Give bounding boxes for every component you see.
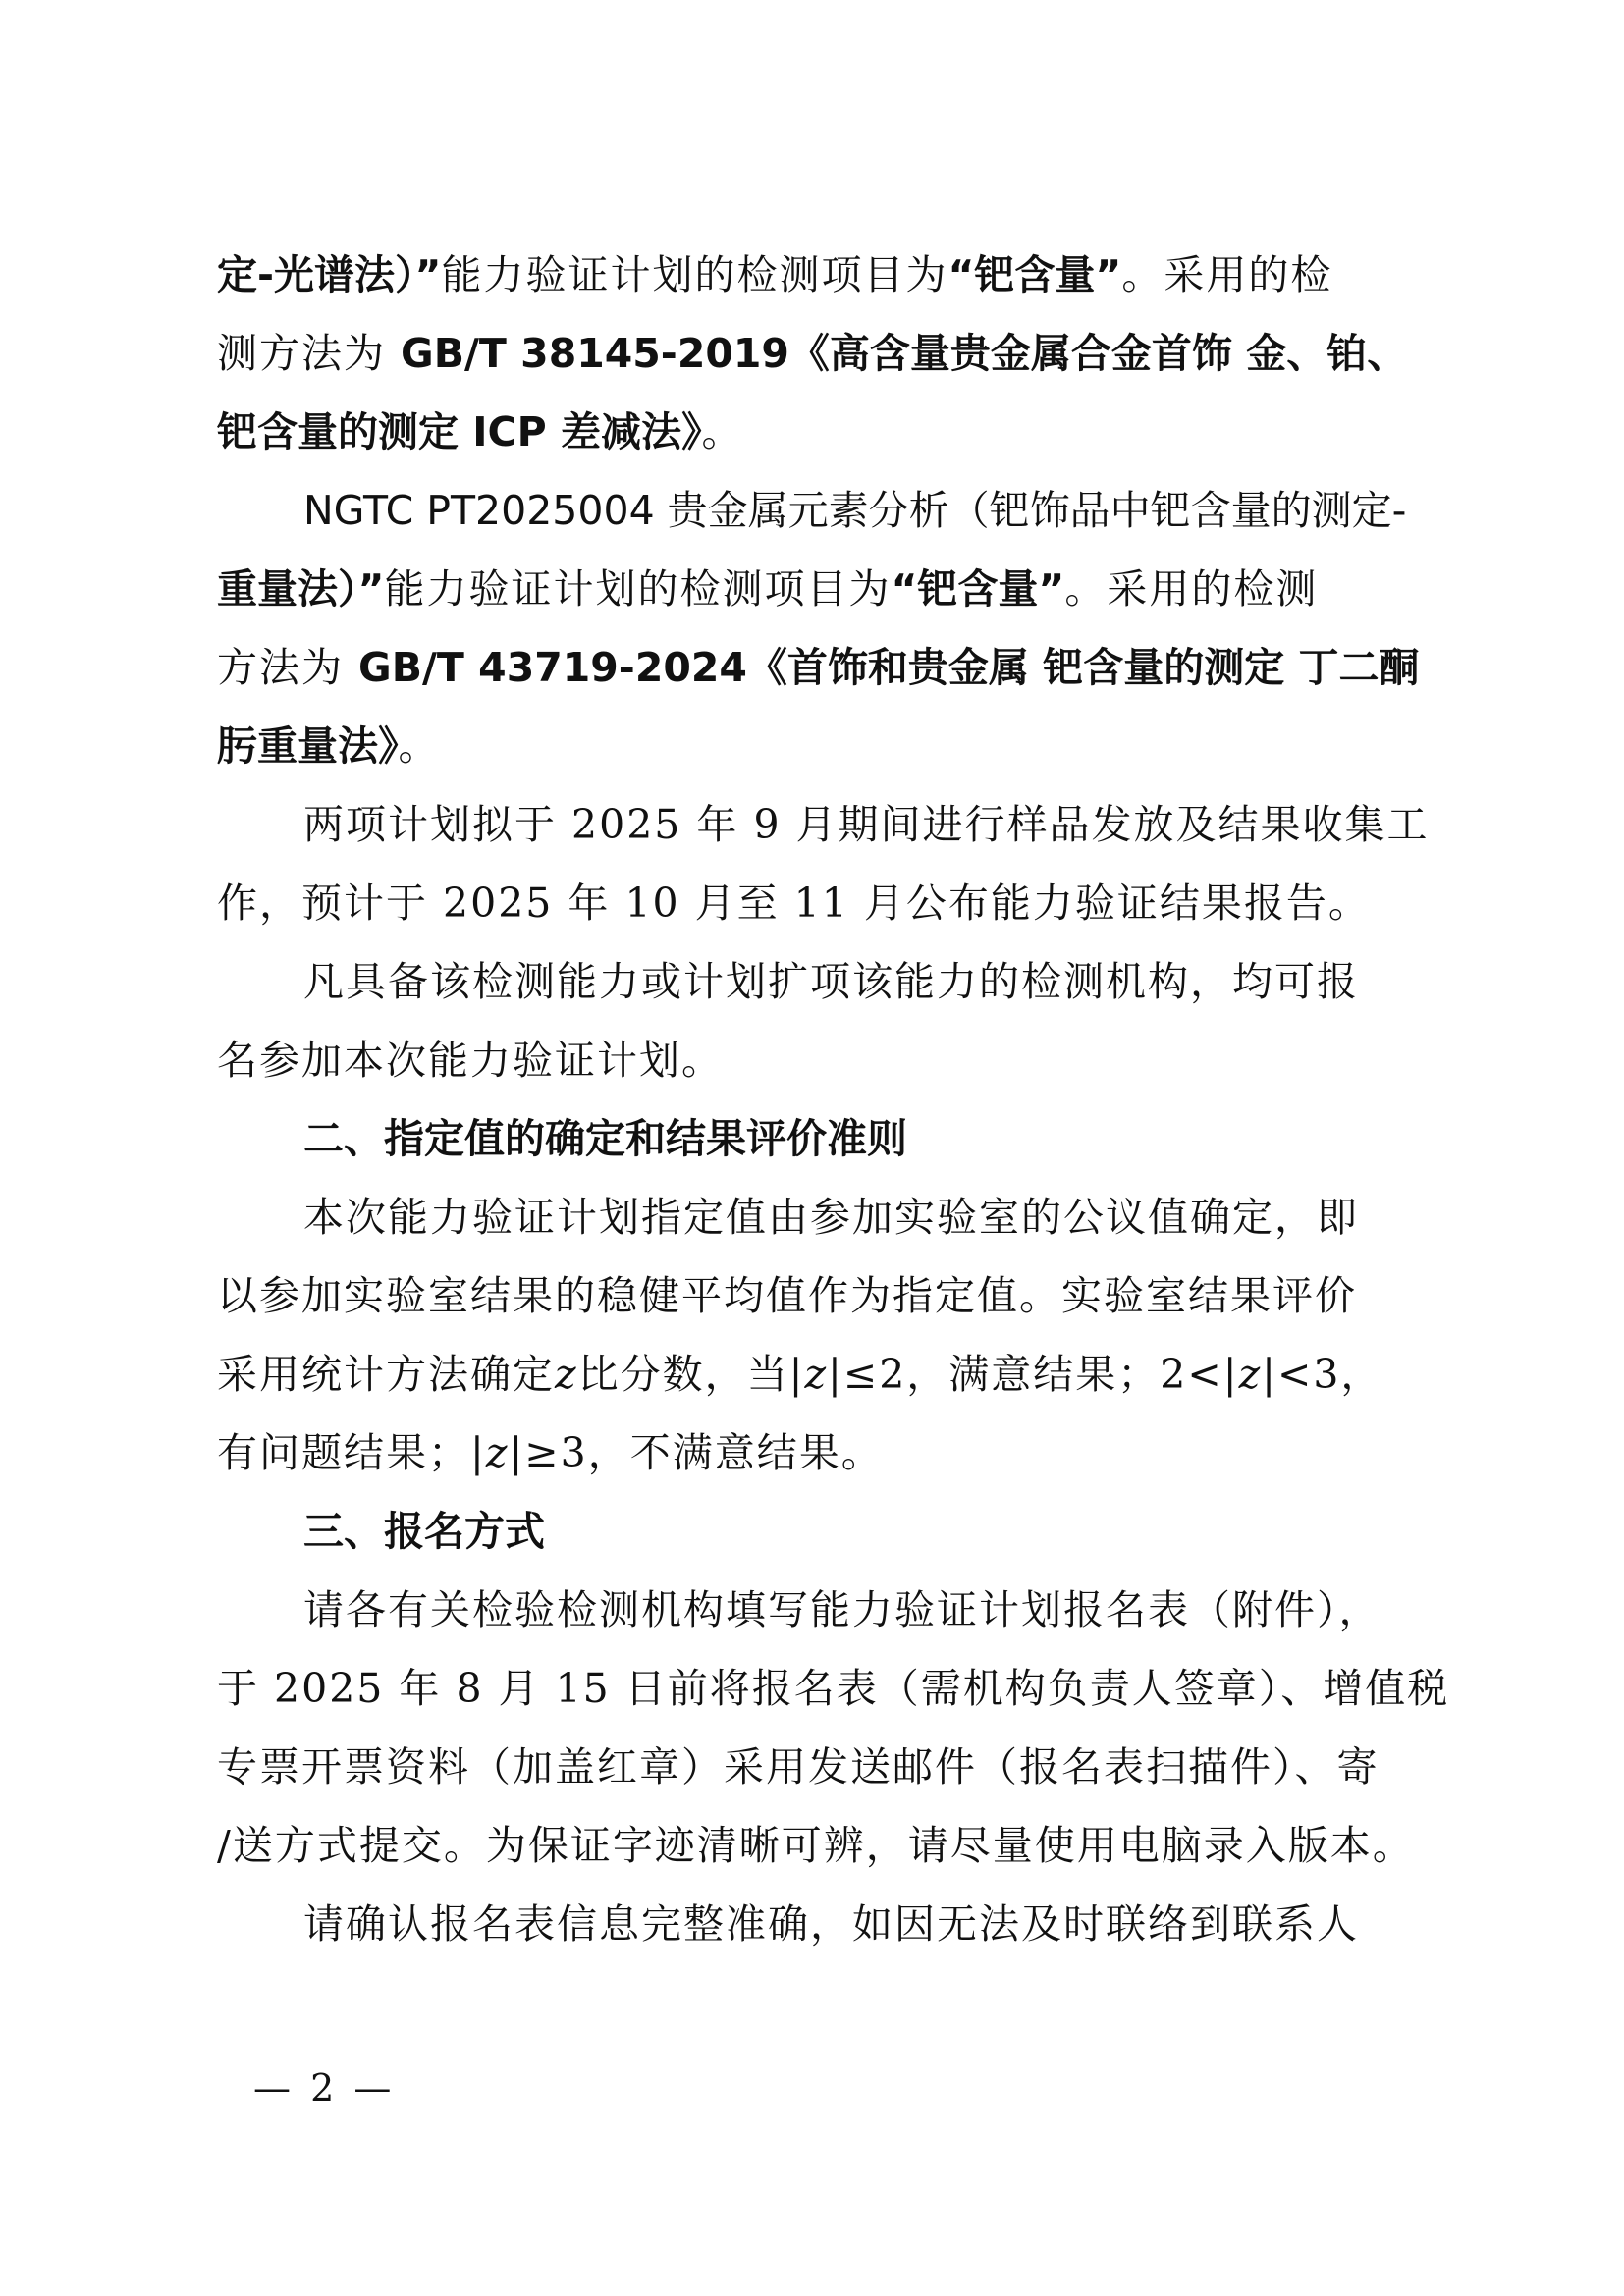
section-3-heading: 三、报名方式 (217, 1492, 1493, 1571)
text: 。采用的检测 (1064, 565, 1318, 613)
text: 能力验证计划的检测项目为 (441, 251, 947, 298)
standard-reference: GB/T 38145-2019《高含量贵金属合金首饰 金、铂、 (401, 330, 1407, 377)
text: 比分数，当| (578, 1351, 805, 1398)
z-symbol: z (486, 1429, 510, 1476)
text: 。采用的检 (1121, 251, 1332, 298)
section-3-line-3: 专票开票资料（加盖红章）采用发送邮件（报名表扫描件）、寄 (217, 1728, 1407, 1806)
paragraph-3-line-2: 作，预计于 2025 年 10 月至 11 月公布能力验证结果报告。 (217, 864, 1407, 942)
section-2-line-3: 采用统计方法确定z比分数，当|z|≤2，满意结果；2<|z|<3， (217, 1335, 1407, 1414)
text: 采用统计方法确定 (217, 1351, 555, 1398)
paragraph-2-line-1: NGTC PT2025004 贵金属元素分析（钯饰品中钯含量的测定- (217, 471, 1493, 550)
paragraph-4-line-1: 凡具备该检测能力或计划扩项该能力的检测机构，均可报 (217, 942, 1493, 1021)
z-symbol: z (804, 1351, 828, 1398)
bold-method-tail: 定-光谱法）” (217, 251, 441, 298)
section-2-line-2: 以参加实验室结果的稳健平均值作为指定值。实验室结果评价 (217, 1256, 1407, 1335)
section-3-line-4: /送方式提交。为保证字迹清晰可辨，请尽量使用电脑录入版本。 (217, 1806, 1407, 1885)
paragraph-1-line-3: 钯含量的测定 ICP 差减法》。 (217, 393, 1407, 471)
z-symbol: z (555, 1351, 578, 1398)
paragraph-2-line-2: 重量法）”能力验证计划的检测项目为“钯含量”。采用的检测 (217, 550, 1407, 628)
standard-reference: 钯含量的测定 ICP 差减法》 (217, 408, 701, 455)
standard-reference: GB/T 43719-2024《首饰和贵金属 钯含量的测定 丁二酮 (358, 644, 1419, 691)
paragraph-2-line-3: 方法为 GB/T 43719-2024《首饰和贵金属 钯含量的测定 丁二酮 (217, 628, 1407, 707)
text: 测方法为 (217, 330, 386, 377)
section-2-heading: 二、指定值的确定和结果评价准则 (217, 1099, 1493, 1178)
test-item: “钯含量” (947, 251, 1121, 298)
bold-method-tail: 重量法）” (217, 565, 384, 613)
text: 有问题结果；| (217, 1429, 486, 1476)
section-2-line-1: 本次能力验证计划指定值由参加实验室的公议值确定，即 (217, 1178, 1493, 1256)
test-item: “钯含量” (891, 565, 1064, 613)
text: |≥3，不满意结果。 (509, 1429, 883, 1476)
section-3-line-5: 请确认报名表信息完整准确，如因无法及时联络到联系人 (217, 1885, 1493, 1963)
standard-reference: 肟重量法》 (217, 722, 399, 770)
paragraph-2-line-4: 肟重量法》。 (217, 707, 1407, 785)
text: |≤2，满意结果；2<| (828, 1351, 1239, 1398)
paragraph-4-line-2: 名参加本次能力验证计划。 (217, 1021, 1407, 1099)
text: 。 (399, 722, 441, 770)
section-2-line-4: 有问题结果；|z|≥3，不满意结果。 (217, 1414, 1407, 1492)
text: 。 (701, 408, 743, 455)
page-number: — 2 — (253, 2066, 395, 2109)
paragraph-1-line-2: 测方法为 GB/T 38145-2019《高含量贵金属合金首饰 金、铂、 (217, 314, 1407, 393)
section-3-line-1: 请各有关检验检测机构填写能力验证计划报名表（附件）， (217, 1571, 1493, 1649)
z-symbol: z (1239, 1351, 1263, 1398)
text: 能力验证计划的检测项目为 (384, 565, 891, 613)
program-title: NGTC PT2025004 贵金属元素分析（钯饰品中钯含量的测定- (303, 487, 1406, 534)
paragraph-1-line-1: 定-光谱法）”能力验证计划的检测项目为“钯含量”。采用的检 (217, 236, 1407, 314)
text: |<3， (1262, 1351, 1382, 1398)
section-3-line-2: 于 2025 年 8 月 15 日前将报名表（需机构负责人签章）、增值税 (217, 1649, 1407, 1728)
paragraph-3-line-1: 两项计划拟于 2025 年 9 月期间进行样品发放及结果收集工 (217, 785, 1493, 864)
text: 方法为 (217, 644, 344, 691)
